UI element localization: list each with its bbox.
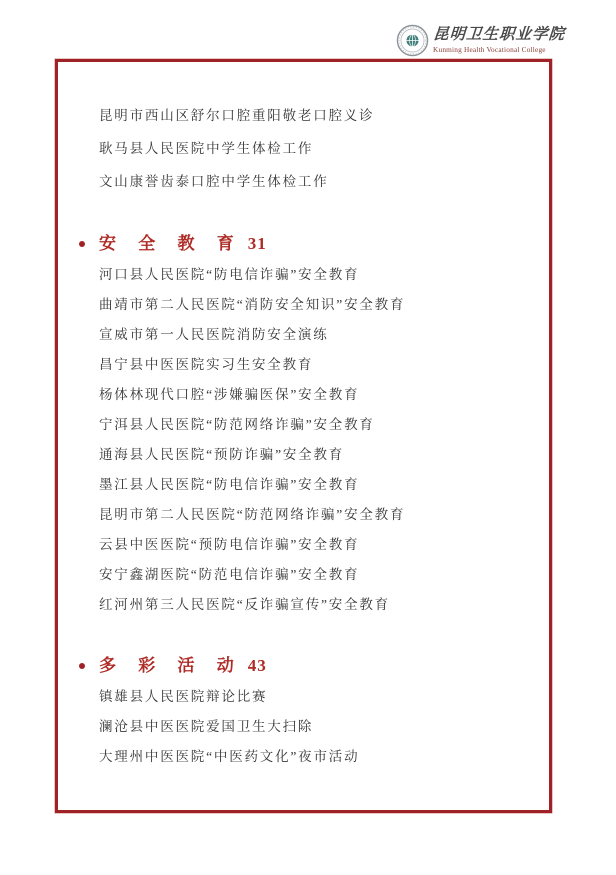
toc-entry: 宁洱县人民医院“防范网络诈骗”安全教育: [99, 410, 531, 440]
toc: 昆明市西山区舒尔口腔重阳敬老口腔义诊耿马县人民医院中学生体检工作文山康誉齿泰口腔…: [58, 62, 549, 772]
toc-entry: 云县中医医院“预防电信诈骗”安全教育: [99, 530, 531, 560]
toc-entry: 大理州中医医院“中医药文化”夜市活动: [99, 742, 531, 772]
toc-entry: 河口县人民医院“防电信诈骗”安全教育: [99, 260, 531, 290]
toc-entry: 文山康誉齿泰口腔中学生体检工作: [99, 165, 531, 198]
document-page: 昆明卫生职业学院 Kunming Health Vocational Colle…: [0, 0, 616, 875]
toc-section: 安 全 教 育31河口县人民医院“防电信诈骗”安全教育曲靖市第二人民医院“消防安…: [99, 230, 531, 620]
toc-section: 多 彩 活 动43镇雄县人民医院辩论比赛澜沧县中医医院爱国卫生大扫除大理州中医医…: [99, 652, 531, 772]
toc-entry: 昆明市西山区舒尔口腔重阳敬老口腔义诊: [99, 99, 531, 132]
college-name-en: Kunming Health Vocational College: [433, 46, 565, 53]
college-names: 昆明卫生职业学院 Kunming Health Vocational Colle…: [433, 27, 565, 53]
college-name-zh: 昆明卫生职业学院: [432, 27, 565, 43]
toc-entry: 宣威市第一人民医院消防安全演练: [99, 320, 531, 350]
section-bullet-icon: [79, 241, 85, 247]
section-page-number: 31: [248, 234, 267, 253]
toc-entry: 曲靖市第二人民医院“消防安全知识”安全教育: [99, 290, 531, 320]
toc-plain-group: 昆明市西山区舒尔口腔重阳敬老口腔义诊耿马县人民医院中学生体检工作文山康誉齿泰口腔…: [99, 99, 531, 198]
college-header: 昆明卫生职业学院 Kunming Health Vocational Colle…: [396, 22, 552, 58]
toc-entry: 昌宁县中医医院实习生安全教育: [99, 350, 531, 380]
toc-entry: 澜沧县中医医院爱国卫生大扫除: [99, 712, 531, 742]
section-title: 多 彩 活 动: [99, 656, 243, 675]
toc-entry: 红河州第三人民医院“反诈骗宣传”安全教育: [99, 590, 531, 620]
section-page-number: 43: [248, 656, 267, 675]
toc-entry: 安宁鑫湖医院“防范电信诈骗”安全教育: [99, 560, 531, 590]
section-header: 多 彩 活 动43: [99, 652, 531, 680]
section-title: 安 全 教 育: [99, 234, 243, 253]
toc-entry: 墨江县人民医院“防电信诈骗”安全教育: [99, 470, 531, 500]
toc-entry: 杨体林现代口腔“涉嫌骗医保”安全教育: [99, 380, 531, 410]
toc-entry: 镇雄县人民医院辩论比赛: [99, 682, 531, 712]
toc-entry: 通海县人民医院“预防诈骗”安全教育: [99, 440, 531, 470]
toc-entry: 昆明市第二人民医院“防范网络诈骗”安全教育: [99, 500, 531, 530]
section-bullet-icon: [79, 663, 85, 669]
toc-entry: 耿马县人民医院中学生体检工作: [99, 132, 531, 165]
toc-border-box: 昆明市西山区舒尔口腔重阳敬老口腔义诊耿马县人民医院中学生体检工作文山康誉齿泰口腔…: [55, 59, 552, 813]
section-header: 安 全 教 育31: [99, 230, 531, 258]
college-seal-icon: [396, 24, 429, 57]
